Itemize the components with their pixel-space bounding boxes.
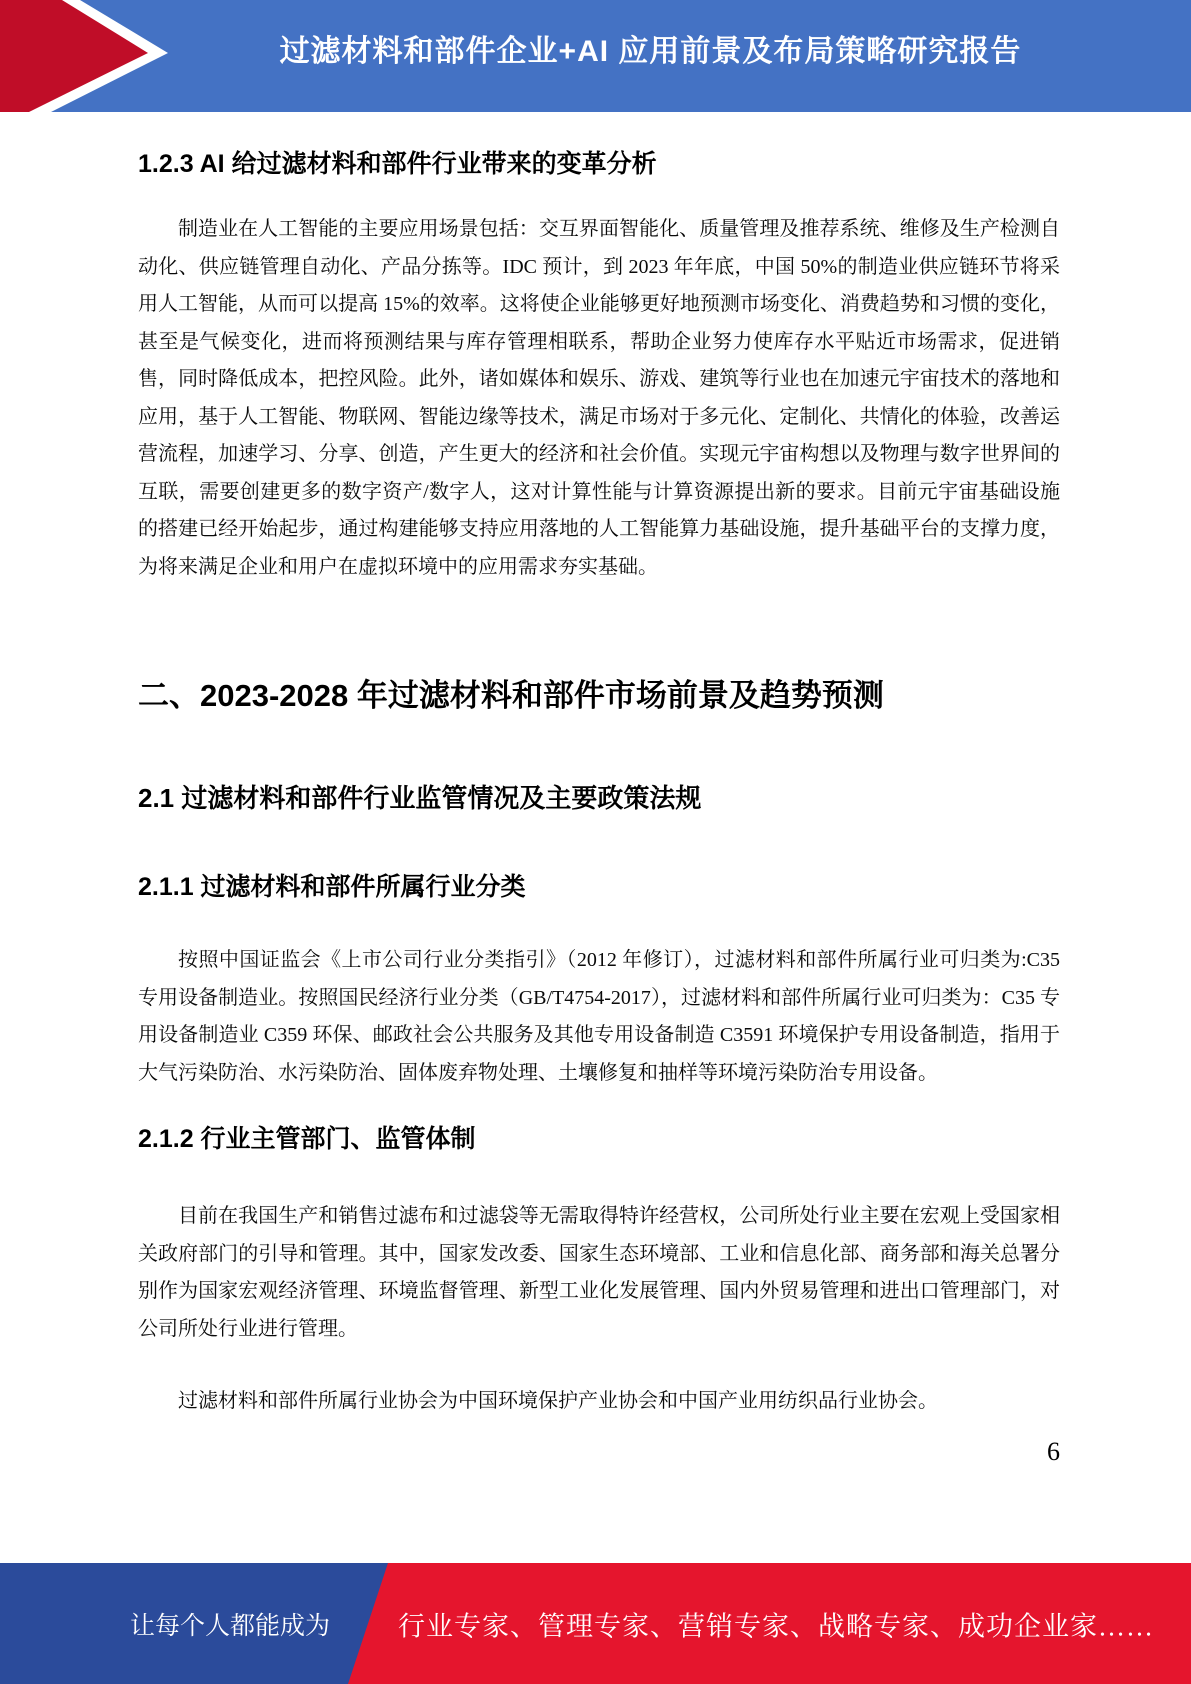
- report-page: 过滤材料和部件企业+AI 应用前景及布局策略研究报告 1.2.3 AI 给过滤材…: [0, 0, 1191, 1684]
- paragraph-regulators: 目前在我国生产和销售过滤布和过滤袋等无需取得特许经营权，公司所处行业主要在宏观上…: [138, 1198, 1060, 1348]
- heading-2-1-1: 2.1.1 过滤材料和部件所属行业分类: [138, 871, 1060, 903]
- paragraph-ai-transformation: 制造业在人工智能的主要应用场景包括：交互界面智能化、质量管理及推荐系统、维修及生…: [138, 211, 1060, 586]
- document-body: 1.2.3 AI 给过滤材料和部件行业带来的变革分析 制造业在人工智能的主要应用…: [138, 112, 1060, 1467]
- heading-chapter-2: 二、2023-2028 年过滤材料和部件市场前景及趋势预测: [138, 675, 1060, 717]
- report-title: 过滤材料和部件企业+AI 应用前景及布局策略研究报告: [150, 26, 1151, 70]
- footer-slogan-right: 行业专家、管理专家、营销专家、战略专家、成功企业家……: [398, 1604, 1154, 1643]
- heading-1-2-3: 1.2.3 AI 给过滤材料和部件行业带来的变革分析: [138, 148, 1060, 180]
- red-arrow-icon: [0, 0, 220, 112]
- header-banner: 过滤材料和部件企业+AI 应用前景及布局策略研究报告: [0, 0, 1191, 112]
- heading-2-1: 2.1 过滤材料和部件行业监管情况及主要政策法规: [138, 781, 1060, 815]
- heading-2-1-2: 2.1.2 行业主管部门、监管体制: [138, 1123, 1060, 1155]
- paragraph-industry-classification: 按照中国证监会《上市公司行业分类指引》（2012 年修订），过滤材料和部件所属行…: [138, 942, 1060, 1092]
- page-number: 6: [138, 1437, 1060, 1467]
- paragraph-associations: 过滤材料和部件所属行业协会为中国环境保护产业协会和中国产业用纺织品行业协会。: [138, 1383, 1060, 1421]
- footer-banner: 让每个人都能成为 行业专家、管理专家、营销专家、战略专家、成功企业家……: [0, 1563, 1191, 1684]
- footer-slogan-left: 让每个人都能成为: [130, 1606, 330, 1642]
